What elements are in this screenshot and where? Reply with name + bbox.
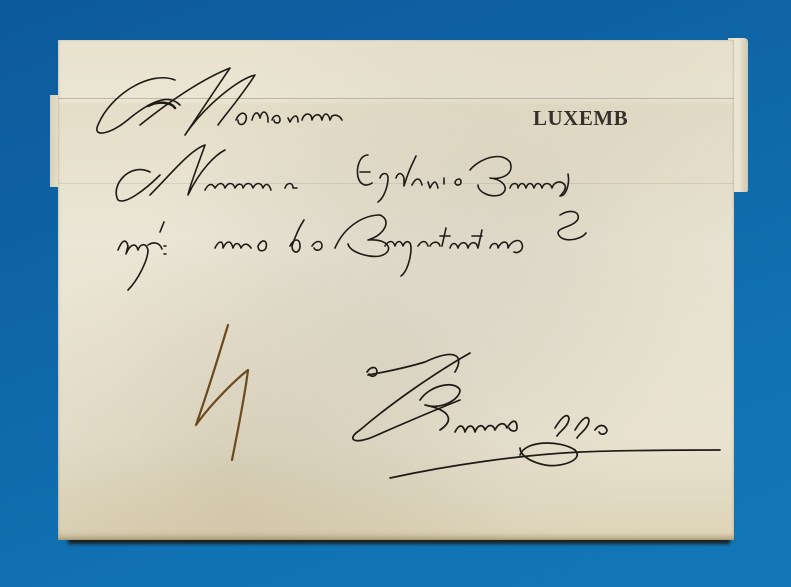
address-line-street [118, 212, 586, 290]
photo-scene: LUXEMB [0, 0, 791, 587]
address-line-4: a Bruxelles [360, 410, 366, 411]
address-line-3: negt. rue de Bergestraeten [100, 240, 114, 241]
address-line-city [353, 353, 720, 478]
address-line-monsieur [97, 68, 342, 135]
rate-marking-text: 4 [210, 390, 211, 391]
rate-marking-4 [196, 325, 248, 460]
address-line-recipient [116, 145, 568, 202]
address-line-1: Monsieur [100, 90, 105, 91]
handwriting [0, 0, 791, 587]
address-line-2: Monsieur Egÿdius Bauwens [100, 170, 114, 171]
